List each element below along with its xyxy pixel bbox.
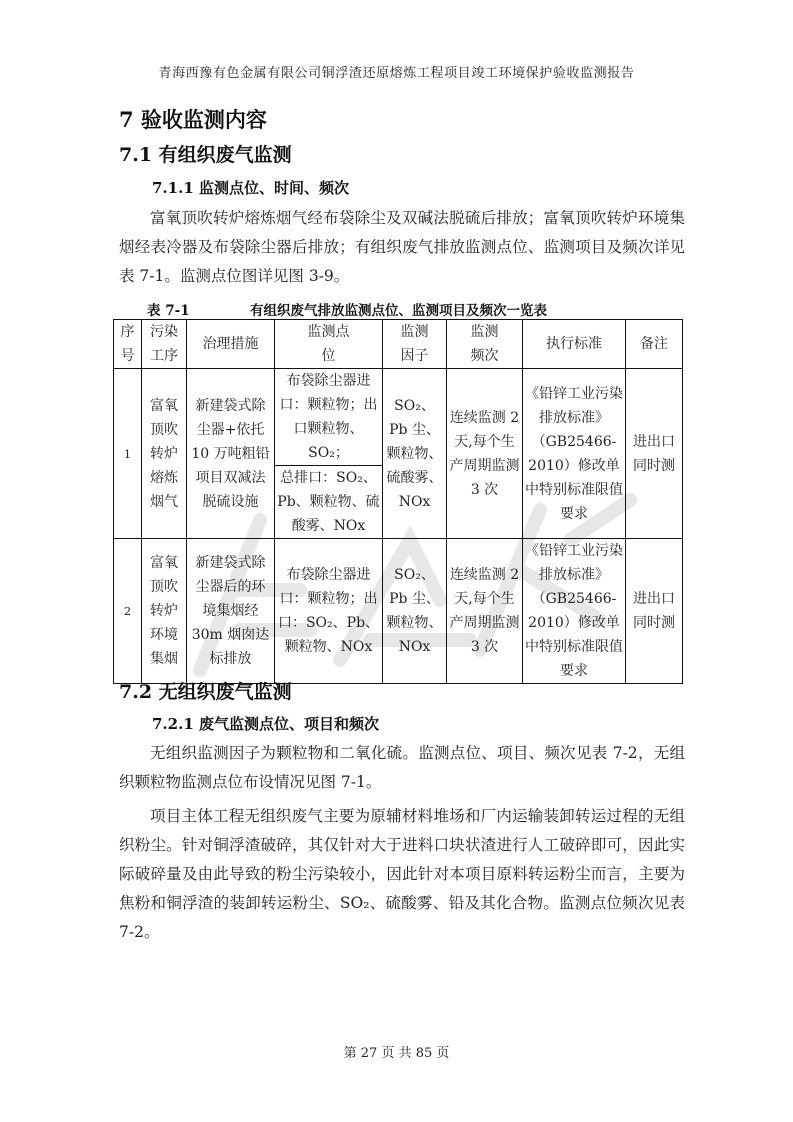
- header-remark: 备注: [626, 320, 683, 369]
- cell-remark: 进出口同时测: [626, 369, 683, 539]
- cell-point-total: 总排口：SO₂、Pb、颗粒物、硫酸雾、NOx: [275, 466, 383, 539]
- cell-process: 富氧顶吹转炉环境集烟: [142, 539, 187, 684]
- table-caption-number: 表 7-1: [147, 299, 190, 319]
- table-row: 1 富氧顶吹转炉熔炼烟气 新建袋式除尘器+依托 10 万吨粗铅项目双减法脱硫设施…: [114, 369, 683, 466]
- header-standard: 执行标准: [523, 320, 626, 369]
- cell-treatment: 新建袋式除尘器+依托 10 万吨粗铅项目双减法脱硫设施: [187, 369, 275, 539]
- table-row: 2 富氧顶吹转炉环境集烟 新建袋式除尘器后的环境集烟经 30m 烟囱达标排放 布…: [114, 539, 683, 684]
- header-frequency: 监测频次: [447, 320, 523, 369]
- page-number: 第 27 页 共 85 页: [0, 1042, 793, 1061]
- subsection-heading-7-1-1: 7.1.1 监测点位、时间、频次: [152, 177, 349, 198]
- table-caption-title: 有组织废气排放监测点位、监测项目及频次一览表: [250, 299, 547, 319]
- cell-frequency: 连续监测 2 天,每个生产周期监测 3 次: [447, 539, 523, 684]
- cell-standard: 《铅锌工业污染排放标准》（GB25466-2010）修改单中特别标准限值要求: [523, 369, 626, 539]
- cell-factor: SO₂、Pb 尘、颗粒物、NOx: [383, 539, 447, 684]
- chapter-heading: 7 验收监测内容: [119, 104, 267, 134]
- paragraph-7-2-1a: 无组织监测因子为颗粒物和二氧化硫。监测点位、项目、频次见表 7-2，无组织颗粒物…: [119, 739, 685, 797]
- cell-process: 富氧顶吹转炉熔炼烟气: [142, 369, 187, 539]
- cell-standard: 《铅锌工业污染排放标准》（GB25466-2010）修改单中特别标准限值要求: [523, 539, 626, 684]
- running-header: 青海西豫有色金属有限公司铜浮渣还原熔炼工程项目竣工环境保护验收监测报告: [0, 62, 793, 81]
- cell-factor: SO₂、Pb 尘、颗粒物、硫酸雾、NOx: [383, 369, 447, 539]
- cell-treatment: 新建袋式除尘器后的环境集烟经 30m 烟囱达标排放: [187, 539, 275, 684]
- header-treatment: 治理措施: [187, 320, 275, 369]
- section-heading-7-2: 7.2 无组织废气监测: [119, 677, 292, 704]
- subsection-heading-7-2-1: 7.2.1 废气监测点位、项目和频次: [152, 713, 379, 734]
- paragraph-7-2-1b: 项目主体工程无组织废气主要为原辅材料堆场和厂内运输装卸转运过程的无组织粉尘。针对…: [119, 802, 685, 947]
- header-factor: 监测因子: [383, 320, 447, 369]
- header-process: 污染工序: [142, 320, 187, 369]
- cell-remark: 进出口同时测: [626, 539, 683, 684]
- cell-frequency: 连续监测 2 天,每个生产周期监测 3 次: [447, 369, 523, 539]
- cell-seq: 1: [114, 369, 142, 539]
- cell-seq: 2: [114, 539, 142, 684]
- cell-point: 布袋除尘器进口：颗粒物；出口：SO₂、Pb、颗粒物、NOx: [275, 539, 383, 684]
- paragraph-7-1-1: 富氧顶吹转炉熔炼烟气经布袋除尘及双碱法脱硫后排放；富氧顶吹转炉环境集烟经表冷器及…: [119, 204, 685, 291]
- header-point: 监测点位: [275, 320, 383, 369]
- monitoring-table-7-1: 序号 污染工序 治理措施 监测点位 监测因子 监测频次 执行标准 备注 1 富氧…: [113, 319, 683, 684]
- table-header-row: 序号 污染工序 治理措施 监测点位 监测因子 监测频次 执行标准 备注: [114, 320, 683, 369]
- header-seq: 序号: [114, 320, 142, 369]
- section-heading-7-1: 7.1 有组织废气监测: [119, 140, 292, 167]
- cell-point-outlet: 布袋除尘器进口：颗粒物；出口颗粒物、SO₂；: [275, 369, 383, 466]
